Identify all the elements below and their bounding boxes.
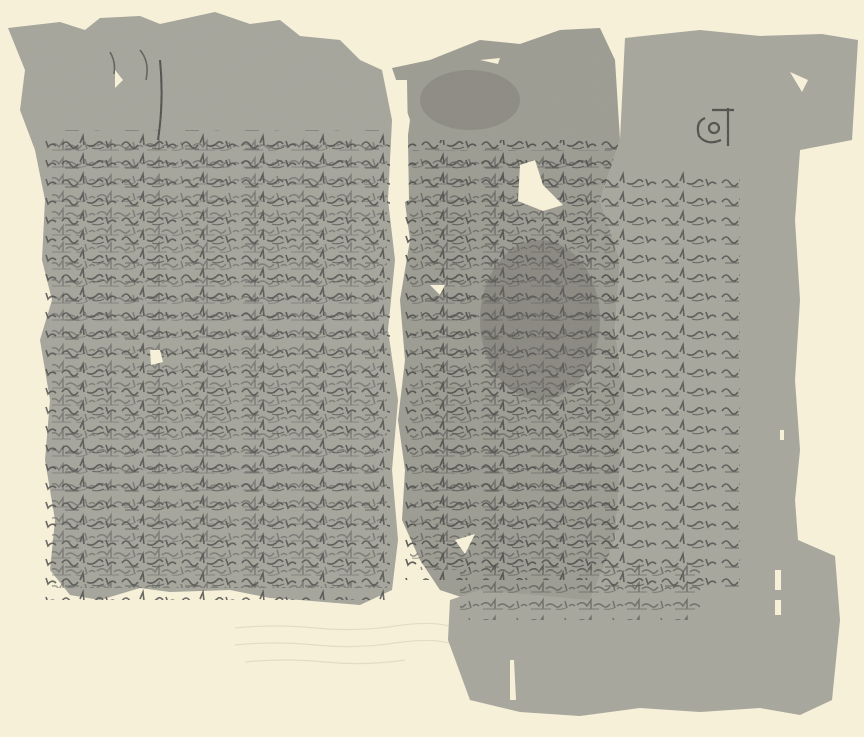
middle-fragment — [392, 28, 625, 600]
ghost-offset-text — [235, 623, 455, 663]
papyrus-photograph: Ancient papyrus fragments with hieratic … — [0, 0, 864, 737]
left-fragment — [8, 12, 398, 605]
